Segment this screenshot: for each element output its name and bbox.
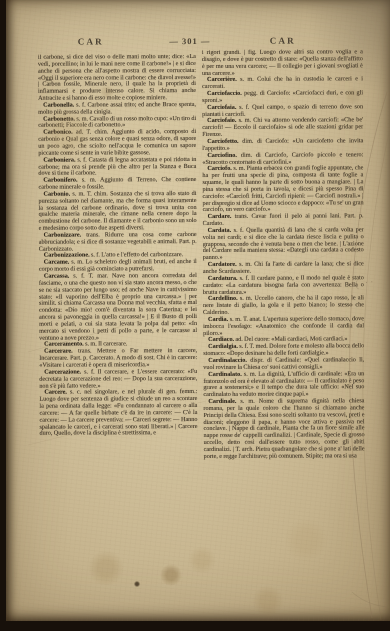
entry-continuation: i rigori grandi. | fig. Luogo dove altri… [202, 49, 363, 77]
dictionary-entry: Cardinale. s. m. Nome di suprema dignità… [203, 398, 364, 460]
entry-headword: Carciofino. [207, 151, 241, 158]
dictionary-entry: Carciofo. s. m. Pianta erbacea con grand… [202, 166, 363, 215]
entry-headword: Carbonella. [43, 101, 76, 108]
entry-headword: Carcerazione. [44, 368, 84, 375]
dictionary-entry: Carciofaio. s. m. Chi va attorno vendend… [202, 118, 363, 139]
dictionary-entry: Carbonio. s. m. T. chim. Sostanza che si… [38, 191, 196, 233]
entry-headword: Cardialgia. [208, 343, 239, 350]
entry-headword: Cardinale. [208, 398, 240, 405]
entry-headword: Carciofaio. [207, 117, 238, 124]
entry-headword: Carbonifero. [43, 177, 81, 184]
dictionary-entry: Carcerare. trans. Mettere o Far mettere … [39, 348, 197, 369]
dictionary-entry: Carcerazione. s. f. Il carcerare, e L'es… [39, 369, 197, 390]
dictionary-column-right: i rigori grandi. | fig. Luogo dove altri… [202, 49, 365, 554]
entry-headword: Carciofaccio. [207, 90, 244, 97]
entry-headword: Carcame. [44, 259, 72, 266]
dictionary-entry: Cardinalato. s. m. La dignità, L'ufficio… [203, 371, 364, 399]
entry-headword: Carcerare. [44, 348, 78, 355]
running-head-left: CAR [61, 36, 121, 48]
dictionary-column-left: il carbone, si dice del viso o delle man… [38, 54, 198, 555]
entry-headword: Cardare. [208, 213, 235, 220]
entry-headword: Carbonizzare. [44, 231, 87, 238]
running-head-right: CAR [253, 35, 313, 47]
entry-headword: Carbonio. [43, 190, 72, 197]
dictionary-entry: Carbonico. ad. T. chim. Aggiunto di acid… [38, 129, 196, 157]
entry-headword: Carciofo. [207, 165, 233, 172]
dictionary-entry: Cardata. s. f. Quella quantità di lana c… [203, 227, 364, 262]
entry-headword: Carbonico. [43, 129, 76, 136]
entry-headword: Carbonetto. [43, 115, 76, 122]
dictionary-entry: Cardellino. s. m. Uccello canoro, che ha… [203, 296, 364, 317]
photo-background: CAR — 301 — CAR il carbone, si dice del … [0, 0, 390, 631]
entry-continuation: il carbone, si dice del viso o delle man… [38, 54, 196, 103]
book-page: CAR — 301 — CAR il carbone, si dice del … [6, 0, 390, 621]
dictionary-entry: Carbonizzare. trans. Ridurre una cosa co… [39, 232, 197, 253]
entry-headword: Cardia. [208, 316, 230, 323]
entry-headword: Cardinalaccio. [208, 357, 250, 364]
dictionary-entry: Carboniera. s. f. Catasta di legna accat… [38, 157, 196, 178]
entry-headword: Carciofetto. [207, 138, 242, 145]
entry-headword: Carciofaia. [207, 104, 239, 111]
entry-headword: Cardinalato. [208, 370, 244, 377]
entry-headword: Cardatura. [208, 275, 240, 282]
entry-headword: Cardata. [208, 227, 234, 234]
page-content: CAR — 301 — CAR il carbone, si dice del … [5, 0, 390, 622]
entry-headword: Carcassa. [44, 273, 73, 280]
entry-headword: Cardatore. [208, 261, 239, 268]
page-number: — 301 — [145, 36, 235, 48]
dictionary-entry: Cardia. s. m. T. anat. L'apertura superi… [203, 316, 364, 337]
dictionary-entry: Cardatura. s. f. Il cardare panno, e Il … [203, 275, 364, 296]
entry-headword: Carcerière. [207, 76, 240, 83]
dictionary-entry: Carcere. s. c. nel singolare, e nel plur… [39, 389, 197, 438]
entry-headword: Carboniera. [43, 156, 77, 163]
entry-headword: Carcere. [44, 389, 70, 396]
dictionary-entry: Carcassa. s. f. T. mar. Nave non ancora … [39, 273, 197, 342]
entry-headword: Cardellino. [208, 295, 240, 302]
